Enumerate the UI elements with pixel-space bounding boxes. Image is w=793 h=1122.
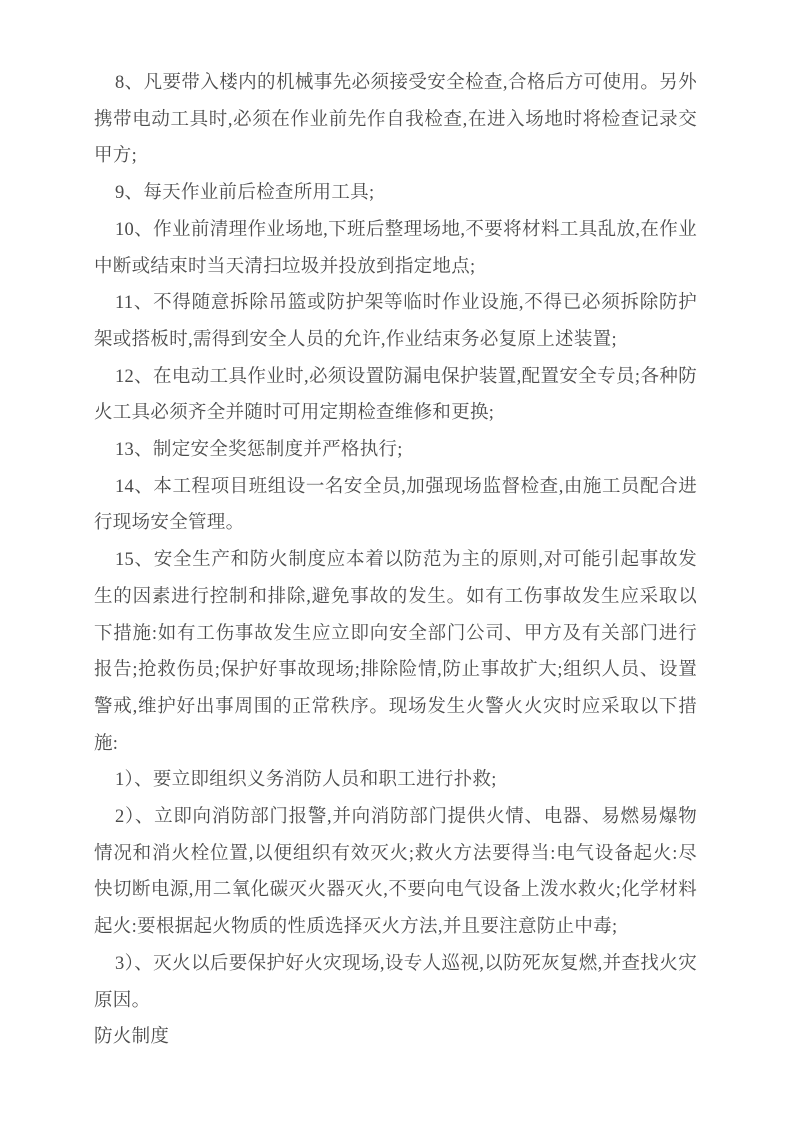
paragraph: 14、本工程项目班组设一名安全员,加强现场监督检查,由施工员配合进行现场安全管理… bbox=[94, 469, 697, 542]
paragraph: 9、每天作业前后检查所用工具; bbox=[94, 175, 697, 212]
paragraph: 11、不得随意拆除吊篮或防护架等临时作业设施,不得已必须拆除防护架或搭板时,需得… bbox=[94, 285, 697, 358]
paragraph: 13、制定安全奖惩制度并严格执行; bbox=[94, 432, 697, 469]
paragraph: 防火制度 bbox=[94, 1019, 697, 1056]
paragraph: 15、安全生产和防火制度应本着以防范为主的原则,对可能引起事故发生的因素进行控制… bbox=[94, 542, 697, 762]
paragraph: 3）、灭火以后要保护好火灾现场,设专人巡视,以防死灰复燃,并查找火灾原因。 bbox=[94, 946, 697, 1019]
paragraph: 1）、要立即组织义务消防人员和职工进行扑救; bbox=[94, 762, 697, 799]
paragraph: 12、在电动工具作业时,必须设置防漏电保护装置,配置安全专员;各种防火工具必须齐… bbox=[94, 359, 697, 432]
document-page: 8、凡要带入楼内的机械事先必须接受安全检查,合格后方可使用。另外携带电动工具时,… bbox=[0, 0, 793, 1122]
paragraph: 10、作业前清理作业场地,下班后整理场地,不要将材料工具乱放,在作业中断或结束时… bbox=[94, 212, 697, 285]
paragraph: 2）、立即向消防部门报警,并向消防部门提供火情、电器、易燃易爆物情况和消火栓位置… bbox=[94, 799, 697, 946]
paragraph: 8、凡要带入楼内的机械事先必须接受安全检查,合格后方可使用。另外携带电动工具时,… bbox=[94, 65, 697, 175]
document-body: 8、凡要带入楼内的机械事先必须接受安全检查,合格后方可使用。另外携带电动工具时,… bbox=[94, 65, 697, 1056]
